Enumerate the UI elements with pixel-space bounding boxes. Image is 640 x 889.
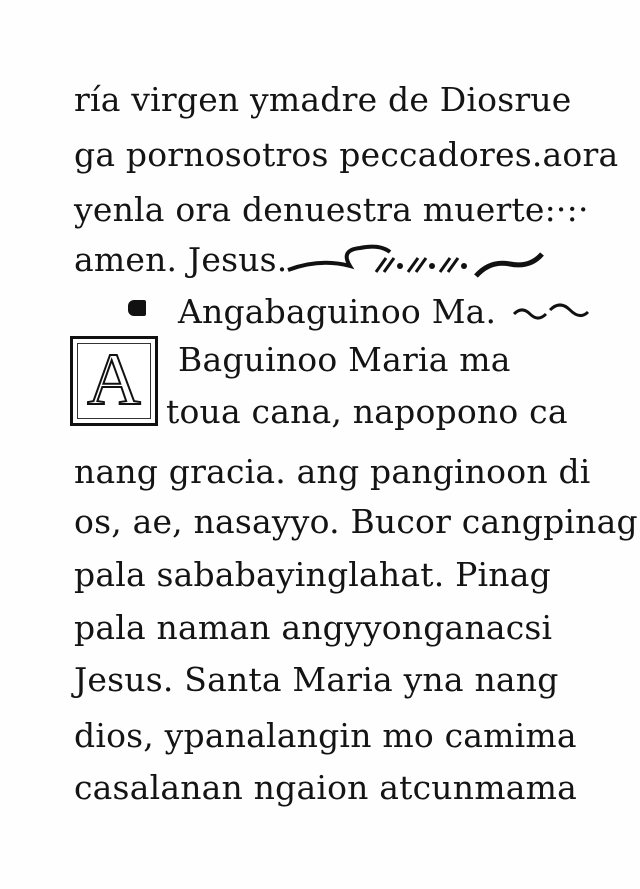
scanned-page: ría virgen ymadre de Diosrue ga pornosot…: [0, 0, 640, 889]
text-line-13: dios, ypanalangin mo camima: [74, 716, 577, 756]
text-line-9: os, ae, nasayyo. Bucor cangpinag: [74, 502, 638, 542]
text-line-4: amen. Jesus.: [74, 240, 288, 280]
section-heading: Angabaguinoo Ma.: [178, 292, 496, 332]
text-line-1: ría virgen ymadre de Diosrue: [74, 80, 572, 120]
flourish-ornament-icon: [280, 238, 560, 282]
text-line-7: toua cana, napopono ca: [166, 392, 568, 432]
initial-letter: A: [73, 341, 155, 419]
text-line-14: casalanan ngaion atcunmama: [74, 768, 577, 808]
text-line-6: Baguinoo Maria ma: [178, 340, 511, 380]
text-line-10: pala sababayinglahat. Pinag: [74, 555, 551, 595]
heading-flourish-icon: [510, 296, 590, 326]
text-line-8: nang gracia. ang panginoon di: [74, 452, 591, 492]
text-line-3: yenla ora denuestra muerte:·:·: [74, 190, 589, 230]
ornamental-initial: A: [70, 336, 158, 426]
text-line-12: Jesus. Santa Maria yna nang: [74, 660, 559, 700]
text-line-2: ga pornosotros peccadores.aora: [74, 135, 618, 175]
pilcrow-icon: [128, 300, 146, 316]
text-line-11: pala naman angyyonganacsi: [74, 608, 552, 648]
